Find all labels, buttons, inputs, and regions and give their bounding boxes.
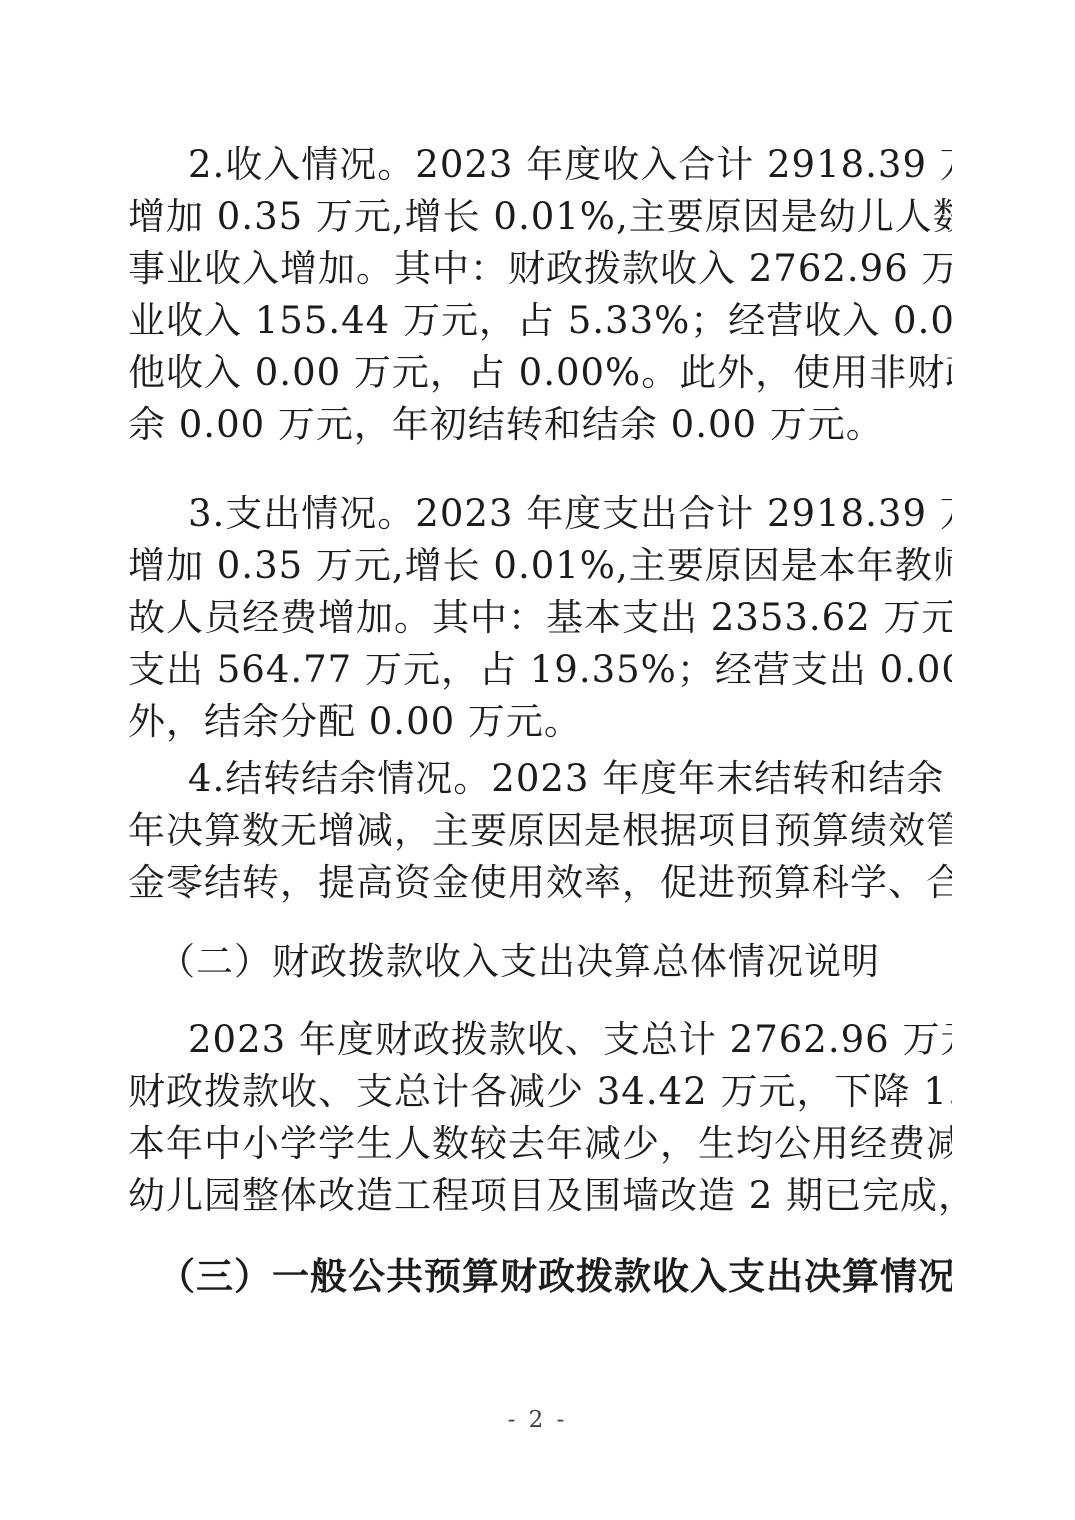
text-line: 故人员经费增加。其中：基本支出 2353.62 万元，占 80.65%；项目 <box>128 592 952 644</box>
text-line: 2023 年度财政拨款收、支总计 2762.96 万元。与 2022 年相比， <box>128 1014 952 1066</box>
text-line: 外，结余分配 0.00 万元。 <box>128 696 952 748</box>
paragraph-carryover-balance: 4.结转结余情况。2023 年度年末结转和结余 0.00 万元，较上年决算数无增… <box>128 753 952 909</box>
text-line: 他收入 0.00 万元，占 0.00%。此外，使用非财政拨款结余和专用结 <box>128 347 952 399</box>
paragraph-expenditure-situation: 3.支出情况。2023 年度支出合计 2918.39 万元，较上年决算数增加 0… <box>128 488 952 748</box>
text-line: 余 0.00 万元，年初结转和结余 0.00 万元。 <box>128 399 952 451</box>
text-line: 4.结转结余情况。2023 年度年末结转和结余 0.00 万元，较上 <box>128 753 952 805</box>
text-line: 3.支出情况。2023 年度支出合计 2918.39 万元，较上年决算数 <box>128 488 952 540</box>
text-line: 金零结转，提高资金使用效率，促进预算科学、合理、高效。 <box>128 857 952 909</box>
paragraph-income-situation: 2.收入情况。2023 年度收入合计 2918.39 万元，较上年决算数增加 0… <box>128 139 952 451</box>
text-line: 年决算数无增减，主要原因是根据项目预算绩效管理实行财政资 <box>128 805 952 857</box>
text-line: （三）一般公共预算财政拨款收入支出决算情况说明 <box>128 1250 952 1302</box>
text-line: 财政拨款收、支总计各减少 34.42 万元，下降 1.23%。主要原因是 <box>128 1066 952 1118</box>
text-line: 本年中小学学生人数较去年减少，生均公用经费减少。上年怡园 <box>128 1118 952 1170</box>
page-number: - 2 - <box>0 1405 1075 1435</box>
text-line: 事业收入增加。其中：财政拨款收入 2762.96 万元，占 94.67%；事 <box>128 243 952 295</box>
text-line: 支出 564.77 万元，占 19.35%；经营支出 0.00 万元，占 0.0… <box>128 644 952 696</box>
text-line: （二）财政拨款收入支出决算总体情况说明 <box>128 936 952 988</box>
text-line: 业收入 155.44 万元，占 5.33%；经营收入 0.00 万元，占 0.0… <box>128 295 952 347</box>
text-line: 幼儿园整体改造工程项目及围墙改造 2 期已完成，今年未再安排。 <box>128 1170 952 1222</box>
text-line: 增加 0.35 万元,增长 0.01%,主要原因是幼儿人数增加较去年增加， <box>128 191 952 243</box>
paragraph-fiscal-appropriation-total: 2023 年度财政拨款收、支总计 2762.96 万元。与 2022 年相比，财… <box>128 1014 952 1222</box>
text-line: 增加 0.35 万元,增长 0.01%,主要原因是本年教师人数较去年增加， <box>128 540 952 592</box>
heading-section-three: （三）一般公共预算财政拨款收入支出决算情况说明 <box>128 1250 952 1302</box>
heading-section-two: （二）财政拨款收入支出决算总体情况说明 <box>128 936 952 988</box>
text-line: 2.收入情况。2023 年度收入合计 2918.39 万元，较上年决算数 <box>128 139 952 191</box>
document-body: 2.收入情况。2023 年度收入合计 2918.39 万元，较上年决算数增加 0… <box>128 139 952 1302</box>
